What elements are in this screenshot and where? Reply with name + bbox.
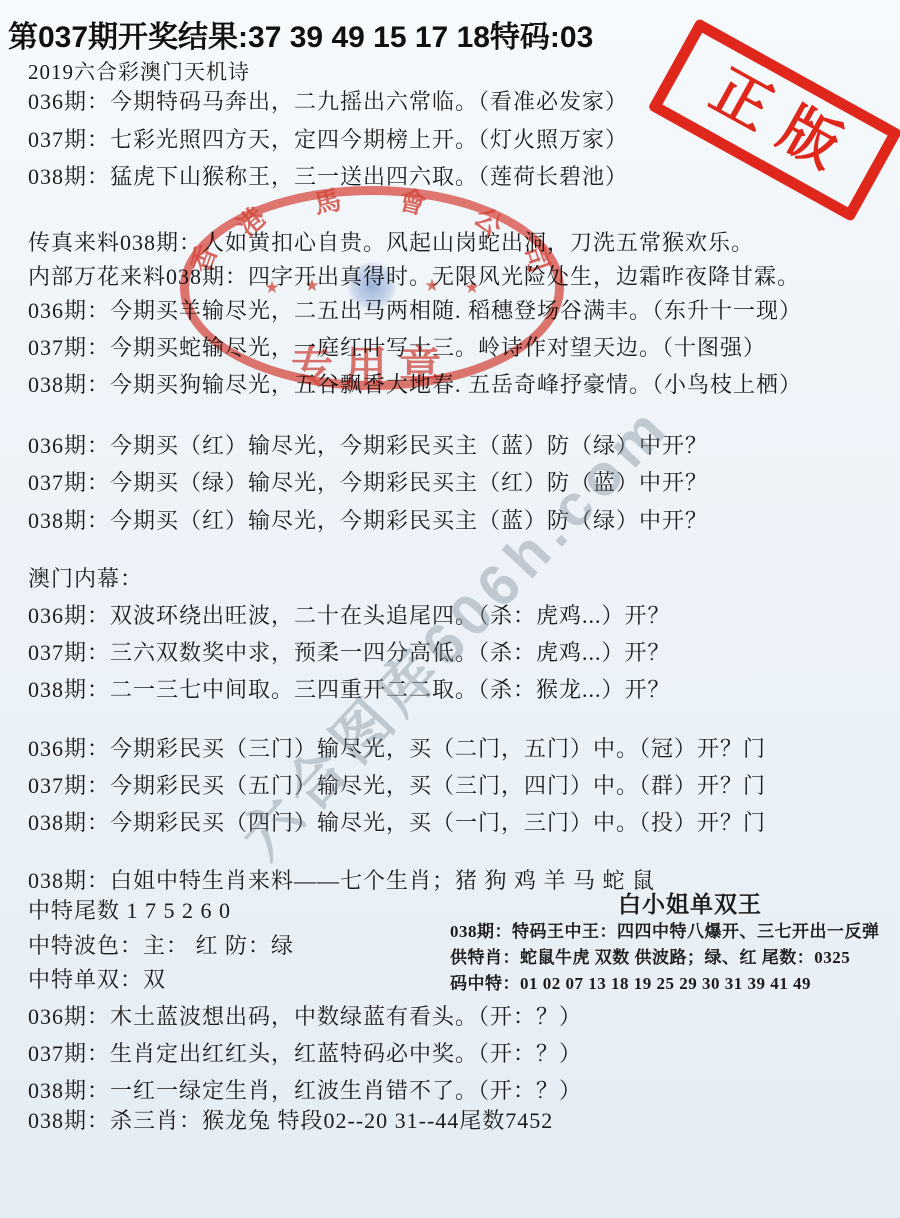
color-line: 037期：今期买（绿）输尽光，今期彩民买主（红）防（蓝）中开？ xyxy=(28,470,708,496)
neimu-line: 038期：二一三七中间取。三四重开二二取。（杀：猴龙...）开？ xyxy=(28,677,671,703)
wave-color: 中特波色：主： 红 防：绿 xyxy=(28,933,294,959)
fax-line: 038期：今期买狗输尽光，五谷飘香大地春. 五岳奇峰抒豪情。（小鸟枝上栖） xyxy=(28,372,802,398)
result-header: 第037期开奖结果:37 39 49 15 17 18特码:03 xyxy=(8,20,593,56)
color-line: 036期：今期买（红）输尽光，今期彩民买主（蓝）防（绿）中开？ xyxy=(28,433,708,459)
color-line: 038期：今期买（红）输尽光，今期彩民买主（蓝）防（绿）中开？ xyxy=(28,508,708,534)
poem-line: 038期：猛虎下山猴称王，三一送出四六取。（莲荷长碧池） xyxy=(28,164,628,190)
kill-line: 038期：杀三肖：猴龙兔 特段02--20 31--44尾数7452 xyxy=(28,1108,553,1134)
baixiaojie-line: 供特肖：蛇鼠牛虎 双数 供波路；绿、红 尾数：0325 xyxy=(450,948,850,968)
fax-line: 037期：今期买蛇输尽光，一庭红叶写十三。岭诗作对望天边。（十图强） xyxy=(28,335,766,361)
fax-line: 036期：今期买羊输尽光，二五出马两相随. 稻穗登场谷满丰。（东升十一现） xyxy=(28,298,802,324)
door-line: 038期：今期彩民买（四门）输尽光，买（一门，三门）中。（投）开？门 xyxy=(28,810,766,836)
poem-line: 036期：今期特码马奔出，二九摇出六常临。（看准必发家） xyxy=(28,89,628,115)
authentic-stamp: 正版 xyxy=(648,16,900,224)
door-line: 036期：今期彩民买（三门）输尽光，买（二门，五门）中。（冠）开？门 xyxy=(28,736,766,762)
bottom-line: 038期：一红一绿定生肖，红波生肖错不了。（开：？） xyxy=(28,1078,582,1104)
tail-numbers: 中特尾数 1 7 5 2 6 0 xyxy=(28,898,231,924)
poem-line: 037期：七彩光照四方天，定四今期榜上开。（灯火照万家） xyxy=(28,127,628,153)
neimu-title: 澳门内幕： xyxy=(28,566,143,592)
authentic-stamp-label: 正版 xyxy=(647,18,900,222)
bottom-line: 037期：生肖定出红红头，红蓝特码必中奖。（开：？） xyxy=(28,1041,582,1067)
bottom-line: 036期：木土蓝波想出码，中数绿蓝有看头。（开：？） xyxy=(28,1004,582,1030)
neimu-line: 037期：三六双数奖中求，预柔一四分高低。（杀：虎鸡...）开？ xyxy=(28,640,671,666)
lottery-sheet: 第037期开奖结果:37 39 49 15 17 18特码:03 2019六合彩… xyxy=(0,0,900,1218)
baixiaojie-line: 038期：特码王中王：四四中特八爆开、三七开出一反弹 xyxy=(450,922,880,942)
door-line: 037期：今期彩民买（五门）输尽光，买（三门，四门）中。（群）开？门 xyxy=(28,773,766,799)
baixiaojie-title: 白小姐单双王 xyxy=(552,891,828,919)
baixiaojie-line: 码中特：01 02 07 13 18 19 25 29 30 31 39 41 … xyxy=(450,974,811,994)
fax-line: 传真来料038期：人如黄扣心自贵。风起山岗蛇出洞，刀洗五常猴欢乐。 xyxy=(28,230,754,256)
fax-line: 内部万花来料038期：四字开出真得时。无限风光险处生，边霜昨夜降甘霖。 xyxy=(28,264,800,290)
tianji-title: 2019六合彩澳门天机诗 xyxy=(28,60,250,85)
odd-even: 中特单双：双 xyxy=(28,967,166,993)
neimu-line: 036期：双波环绕出旺波，二十在头追尾四。（杀：虎鸡...）开？ xyxy=(28,603,671,629)
